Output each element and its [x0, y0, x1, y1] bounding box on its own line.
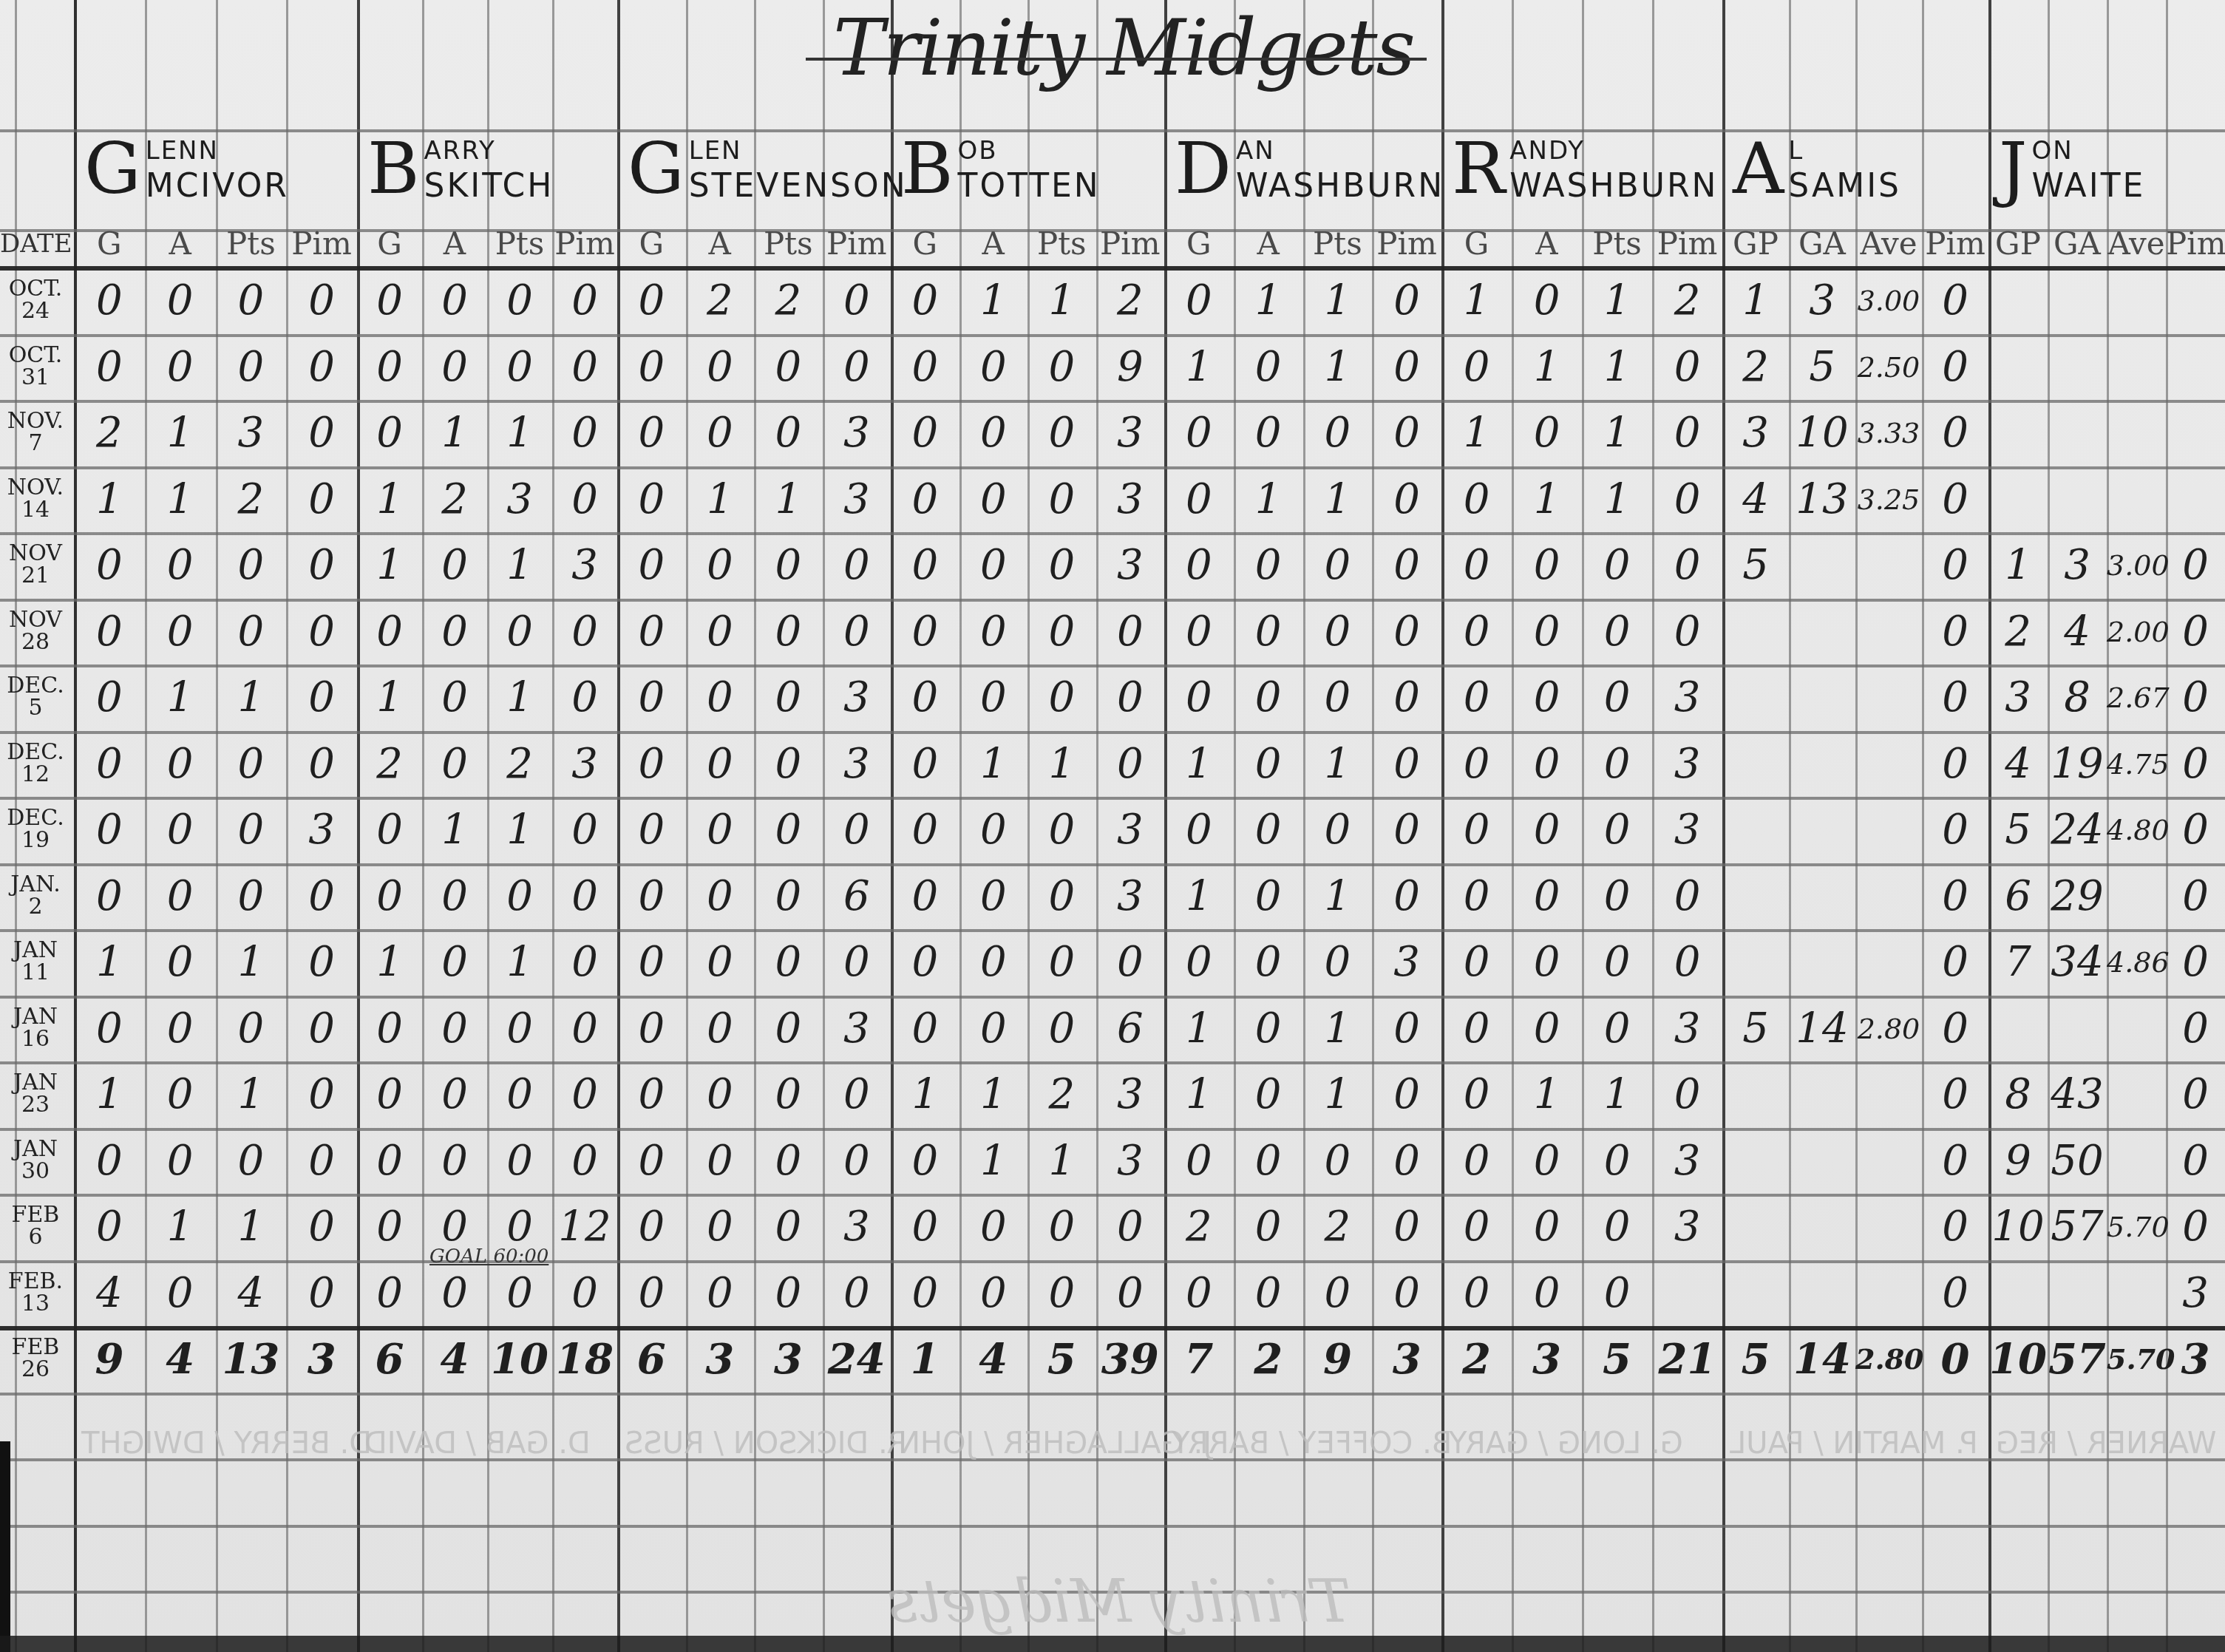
page-edge-shadow — [0, 1441, 10, 1652]
stat-cell: 0 — [1582, 996, 1652, 1062]
stat-cell: 0 — [2166, 731, 2225, 798]
stat-cell: 0 — [286, 1260, 357, 1327]
stat-cell: 0 — [2166, 863, 2225, 930]
season-total-cell: 2 — [1234, 1326, 1303, 1393]
stat-cell: 0 — [1027, 400, 1096, 466]
stat-cell: 1 — [1722, 268, 1789, 334]
stat-cell: 0 — [216, 334, 287, 401]
stat-cell: 0 — [357, 268, 422, 334]
stat-header: Ave — [2107, 222, 2166, 266]
stat-header: Pts — [487, 222, 552, 266]
stat-cell: 1 — [959, 268, 1028, 334]
stat-cell: 0 — [357, 334, 422, 401]
grid-horizontal-line — [0, 1525, 2225, 1528]
date-day: 23 — [0, 1094, 71, 1116]
stat-cell: 3 — [1096, 532, 1165, 599]
date-label: NOV.14 — [0, 477, 71, 521]
stat-cell: 0 — [1234, 1128, 1303, 1194]
date-day: 2 — [0, 896, 71, 918]
stat-header: Pim — [552, 222, 617, 266]
grid-horizontal-line — [0, 1393, 2225, 1396]
stat-header: G — [74, 222, 145, 266]
stat-cell: 0 — [286, 996, 357, 1062]
stat-cell: 0 — [2166, 797, 2225, 863]
stat-cell: 3 — [1652, 1128, 1722, 1194]
stat-cell: 0 — [1582, 797, 1652, 863]
stat-cell: 0 — [1582, 1260, 1652, 1327]
stat-cell: 1 — [1303, 334, 1373, 401]
stat-cell: 2.00 — [2107, 599, 2166, 665]
stat-cell: 0 — [1096, 664, 1165, 731]
stat-cell: 0 — [959, 334, 1028, 401]
stat-cell: 0 — [1303, 1260, 1373, 1327]
date-label: OCT.24 — [0, 278, 71, 322]
stat-cell: 0 — [1027, 797, 1096, 863]
stat-cell: 0 — [754, 1194, 823, 1260]
season-total-cell: 21 — [1652, 1326, 1722, 1393]
date-column-header: DATE — [0, 222, 71, 266]
stat-header: Pts — [1582, 222, 1652, 266]
stat-cell: 3 — [1096, 1128, 1165, 1194]
stat-cell: 0 — [1164, 268, 1234, 334]
stat-header: GA — [1789, 222, 1855, 266]
stat-cell: 0 — [487, 1128, 552, 1194]
stat-cell: 3 — [2048, 532, 2107, 599]
stat-cell: 1 — [74, 929, 145, 996]
date-label: JAN23 — [0, 1072, 71, 1116]
date-label: JAN30 — [0, 1138, 71, 1183]
stat-cell: 9 — [1988, 1128, 2048, 1194]
stat-cell: 3 — [1652, 731, 1722, 798]
stat-cell: 0 — [1164, 1128, 1234, 1194]
stat-header: Pts — [216, 222, 287, 266]
stat-cell: 0 — [1582, 664, 1652, 731]
stat-cell: 0 — [2166, 996, 2225, 1062]
stat-cell: 0 — [145, 929, 216, 996]
stat-cell: 0 — [891, 996, 959, 1062]
stat-cell: 0 — [1512, 863, 1582, 930]
stat-cell: 0 — [1652, 1061, 1722, 1128]
ghost-name: B. COFFEY / BARRY — [1172, 1427, 1452, 1461]
stat-cell: 0 — [1372, 731, 1441, 798]
season-total-cell: 6 — [617, 1326, 686, 1393]
season-total-cell: 3 — [686, 1326, 755, 1393]
stat-cell: 2 — [1988, 599, 2048, 665]
stat-cell: 3 — [1372, 929, 1441, 996]
stat-cell: 0 — [422, 664, 487, 731]
stat-cell: 4 — [74, 1260, 145, 1327]
stat-header: Pts — [1027, 222, 1096, 266]
stat-cell: 0 — [1512, 664, 1582, 731]
stat-cell: 0 — [357, 1061, 422, 1128]
stat-cell: 3 — [1652, 797, 1722, 863]
player-name-washburn: DANWASHBURN — [1175, 133, 1383, 207]
stat-header: A — [422, 222, 487, 266]
stat-cell: 0 — [1372, 664, 1441, 731]
date-day: 5 — [0, 697, 71, 719]
stat-cell: 0 — [959, 797, 1028, 863]
stat-cell: 1 — [422, 400, 487, 466]
stat-cell: 2 — [357, 731, 422, 798]
date-month: DEC. — [0, 807, 71, 829]
stat-cell: 0 — [487, 599, 552, 665]
name-initial: B — [901, 133, 954, 204]
stat-cell: 0 — [617, 1128, 686, 1194]
stat-cell: 0 — [286, 268, 357, 334]
stat-cell: 1 — [74, 1061, 145, 1128]
stat-cell: 0 — [617, 996, 686, 1062]
stat-header: G — [617, 222, 686, 266]
stat-cell: 0 — [754, 996, 823, 1062]
stat-cell: 2.50 — [1855, 334, 1922, 401]
stat-cell: 0 — [357, 599, 422, 665]
stat-cell: 0 — [145, 532, 216, 599]
stat-cell: 0 — [422, 731, 487, 798]
stat-cell: 12 — [552, 1194, 617, 1260]
stat-cell: 0 — [1234, 731, 1303, 798]
stat-cell: 0 — [357, 863, 422, 930]
date-label: DEC.5 — [0, 675, 71, 719]
stat-cell: 0 — [1164, 1260, 1234, 1327]
stat-cell: 0 — [74, 996, 145, 1062]
stat-cell: 0 — [1441, 334, 1512, 401]
season-total-cell: 5 — [1582, 1326, 1652, 1393]
stat-cell: 1 — [1988, 532, 2048, 599]
season-total-cell: 4 — [959, 1326, 1028, 1393]
stat-cell: 1 — [686, 466, 755, 533]
stat-cell: 0 — [823, 532, 891, 599]
player-name-samis: ALSAMIS — [1733, 133, 1846, 207]
stat-cell: 3 — [1988, 664, 2048, 731]
stat-cell: 0 — [1582, 1194, 1652, 1260]
stat-cell: 0 — [1027, 664, 1096, 731]
name-initial: J — [1999, 133, 2027, 204]
stat-cell: 0 — [1922, 664, 1988, 731]
stat-cell: 0 — [1922, 1194, 1988, 1260]
stat-header: Pim — [823, 222, 891, 266]
stat-cell: 1 — [959, 1061, 1028, 1128]
season-total-cell: 39 — [1096, 1326, 1165, 1393]
stat-cell: 0 — [686, 1128, 755, 1194]
stat-cell: 0 — [422, 599, 487, 665]
stat-cell: 3 — [286, 797, 357, 863]
stat-cell: 0 — [145, 863, 216, 930]
stat-cell: 0 — [74, 863, 145, 930]
stat-cell: 0 — [754, 1128, 823, 1194]
stat-cell: 0 — [1096, 1260, 1165, 1327]
stat-header: GA — [2048, 222, 2107, 266]
stat-header: Pim — [1372, 222, 1441, 266]
stat-header: G — [891, 222, 959, 266]
season-total-cell: 3 — [1512, 1326, 1582, 1393]
stat-cell: 10 — [1988, 1194, 2048, 1260]
stat-cell: 0 — [1512, 599, 1582, 665]
stat-cell: 0 — [1372, 1061, 1441, 1128]
date-label: NOV21 — [0, 543, 71, 587]
stat-cell: 0 — [1096, 731, 1165, 798]
stat-cell: 0 — [1582, 1128, 1652, 1194]
stat-cell: 0 — [74, 532, 145, 599]
stat-cell: 2 — [1027, 1061, 1096, 1128]
stat-cell: 0 — [1441, 664, 1512, 731]
stat-cell: 1 — [1164, 731, 1234, 798]
date-day: 13 — [0, 1293, 71, 1315]
stat-cell: 0 — [216, 532, 287, 599]
stat-cell: 0 — [74, 334, 145, 401]
stat-cell: 0 — [1372, 797, 1441, 863]
stat-cell: 0 — [891, 797, 959, 863]
stat-cell: 0 — [1234, 664, 1303, 731]
stat-cell: 1 — [216, 664, 287, 731]
stat-cell: 0 — [686, 334, 755, 401]
stat-cell: 0 — [2166, 532, 2225, 599]
stat-cell: 0 — [552, 996, 617, 1062]
stat-cell: 0 — [1922, 1128, 1988, 1194]
season-total-cell: 10 — [487, 1326, 552, 1393]
date-month: NOV — [0, 543, 71, 565]
season-total-cell: 5 — [1722, 1326, 1789, 1393]
stat-cell: 0 — [686, 664, 755, 731]
stat-cell: 0 — [617, 863, 686, 930]
stat-cell: 0 — [1441, 1128, 1512, 1194]
name-initial: R — [1452, 133, 1505, 204]
stat-cell: 0 — [1303, 599, 1373, 665]
stat-cell: 57 — [2048, 1194, 2107, 1260]
stat-cell: 0 — [891, 929, 959, 996]
date-month: OCT. — [0, 278, 71, 300]
stat-cell: 0 — [1234, 1061, 1303, 1128]
stat-cell: 0 — [686, 400, 755, 466]
stat-cell: 4 — [1722, 466, 1789, 533]
player-name-stevenson: GLENSTEVENSON — [628, 133, 846, 207]
stat-cell: 0 — [552, 1128, 617, 1194]
date-label: NOV.7 — [0, 410, 71, 455]
season-total-cell: 3 — [2166, 1326, 2225, 1393]
stat-cell: 1 — [487, 929, 552, 996]
stat-cell: 3 — [823, 996, 891, 1062]
season-total-cell: 5.70 — [2107, 1326, 2166, 1393]
stat-header: A — [959, 222, 1028, 266]
stat-cell: 0 — [1441, 929, 1512, 996]
stat-header: Pim — [1922, 222, 1988, 266]
stat-cell: 0 — [145, 334, 216, 401]
stat-cell: 0 — [552, 599, 617, 665]
stat-cell: 0 — [1441, 1260, 1512, 1327]
stat-header: GP — [1722, 222, 1789, 266]
date-month: JAN — [0, 1006, 71, 1028]
stat-cell: 0 — [754, 929, 823, 996]
stat-cell: 0 — [1922, 1260, 1988, 1327]
stat-cell: 0 — [357, 400, 422, 466]
player-name-totten: BOBTOTTEN — [901, 133, 1044, 207]
stat-cell: 9 — [1096, 334, 1165, 401]
date-day: 21 — [0, 565, 71, 587]
stat-cell: 0 — [74, 268, 145, 334]
stat-cell: 0 — [1027, 929, 1096, 996]
stat-cell: 0 — [1303, 532, 1373, 599]
stat-cell: 3 — [2166, 1260, 2225, 1327]
stat-cell: 0 — [1164, 664, 1234, 731]
stat-cell: 2 — [422, 466, 487, 533]
stat-cell: 0 — [686, 996, 755, 1062]
stat-header: Ave — [1855, 222, 1922, 266]
stat-cell: 4.80 — [2107, 797, 2166, 863]
stat-cell: 3 — [216, 400, 287, 466]
stat-cell: 0 — [1303, 400, 1373, 466]
season-total-cell: 3 — [1372, 1326, 1441, 1393]
stat-cell: 0 — [145, 731, 216, 798]
stat-header: G — [357, 222, 422, 266]
stat-cell: 0 — [823, 1260, 891, 1327]
stat-cell: 1 — [1303, 466, 1373, 533]
stat-cell: 0 — [1027, 334, 1096, 401]
stat-cell: 1 — [1582, 466, 1652, 533]
date-month: FEB — [0, 1336, 71, 1359]
stat-cell: 0 — [552, 1260, 617, 1327]
stat-cell: 3.00 — [1855, 268, 1922, 334]
stat-cell: 0 — [216, 268, 287, 334]
stat-cell: 0 — [357, 1260, 422, 1327]
stat-cell: 1 — [1582, 268, 1652, 334]
stat-cell: 0 — [1441, 532, 1512, 599]
stat-cell: 0 — [1512, 797, 1582, 863]
stat-cell: 29 — [2048, 863, 2107, 930]
stat-cell: 1 — [145, 1194, 216, 1260]
stat-cell: 2 — [1096, 268, 1165, 334]
stat-header: G — [1164, 222, 1234, 266]
stat-cell: 0 — [422, 1061, 487, 1128]
stat-cell: 0 — [422, 532, 487, 599]
stat-cell: 0 — [145, 1061, 216, 1128]
stat-cell: 0 — [74, 664, 145, 731]
stat-cell: 2.67 — [2107, 664, 2166, 731]
stat-cell: 0 — [145, 797, 216, 863]
stat-cell: 3.00 — [2107, 532, 2166, 599]
stat-cell: 0 — [959, 664, 1028, 731]
season-total-cell: 3 — [286, 1326, 357, 1393]
stat-cell: 0 — [959, 1194, 1028, 1260]
stat-cell: 0 — [1441, 1061, 1512, 1128]
stat-cell: 0 — [145, 1260, 216, 1327]
stat-cell: 24 — [2048, 797, 2107, 863]
stat-cell: 3.25 — [1855, 466, 1922, 533]
stat-cell: 0 — [1922, 268, 1988, 334]
season-total-cell: 6 — [357, 1326, 422, 1393]
date-month: JAN — [0, 1072, 71, 1094]
stat-header: Pim — [1096, 222, 1165, 266]
ghost-name: D. BERRY / DWIGHT — [81, 1427, 372, 1461]
stat-cell: 0 — [422, 863, 487, 930]
stat-cell: 0 — [823, 599, 891, 665]
stat-cell: 0 — [1372, 466, 1441, 533]
season-total-cell: 1 — [891, 1326, 959, 1393]
stat-cell: 0 — [959, 929, 1028, 996]
stat-cell: 0 — [754, 599, 823, 665]
stat-cell: 3 — [1096, 863, 1165, 930]
season-total-cell: 7 — [1164, 1326, 1234, 1393]
stat-cell: 0 — [1164, 466, 1234, 533]
stat-cell: 3 — [552, 532, 617, 599]
name-initial: G — [628, 133, 685, 204]
date-day: 30 — [0, 1160, 71, 1183]
stat-cell: 1 — [422, 797, 487, 863]
stat-cell: 0 — [1234, 599, 1303, 665]
stat-cell: 0 — [552, 929, 617, 996]
stat-cell: 0 — [617, 797, 686, 863]
stat-cell: 3 — [1096, 400, 1165, 466]
stat-cell: 0 — [286, 929, 357, 996]
stat-cell: 0 — [686, 1260, 755, 1327]
stat-cell: 0 — [1512, 1194, 1582, 1260]
stat-cell: 0 — [686, 599, 755, 665]
stat-cell: 0 — [1303, 929, 1373, 996]
stat-cell: 0 — [422, 996, 487, 1062]
stat-cell: 0 — [891, 863, 959, 930]
season-total-cell: 14 — [1789, 1326, 1855, 1393]
stat-cell: 1 — [74, 466, 145, 533]
stat-cell: 1 — [1027, 268, 1096, 334]
player-name-waite: JONWAITE — [1999, 133, 2113, 207]
date-label: JAN16 — [0, 1006, 71, 1050]
stat-cell: 0 — [216, 1128, 287, 1194]
stat-cell: 0 — [216, 797, 287, 863]
stat-cell: 1 — [145, 664, 216, 731]
stat-cell: 0 — [754, 664, 823, 731]
stat-cell: 0 — [1652, 532, 1722, 599]
stat-cell: 0 — [1922, 466, 1988, 533]
date-label: DEC.19 — [0, 807, 71, 852]
ghost-name: J. GALLAGHER / JOHN — [898, 1427, 1212, 1461]
stat-cell: 0 — [1372, 334, 1441, 401]
season-total-cell: 57 — [2048, 1326, 2107, 1393]
title-underline — [806, 58, 1427, 61]
stat-cell: 0 — [686, 1194, 755, 1260]
date-label: FEB6 — [0, 1204, 71, 1248]
stat-cell: 0 — [891, 334, 959, 401]
season-total-cell: 3 — [754, 1326, 823, 1393]
date-day: 24 — [0, 300, 71, 322]
date-day: 14 — [0, 499, 71, 521]
stat-cell: 0 — [1027, 599, 1096, 665]
stat-cell: 0 — [145, 996, 216, 1062]
stat-cell: 0 — [2166, 599, 2225, 665]
season-total-cell: 9 — [1303, 1326, 1373, 1393]
date-day: 16 — [0, 1028, 71, 1050]
date-month: FEB — [0, 1204, 71, 1226]
stat-cell: 0 — [1234, 996, 1303, 1062]
stat-cell: 0 — [552, 797, 617, 863]
stat-cell: 0 — [357, 996, 422, 1062]
stat-cell: 0 — [959, 863, 1028, 930]
stat-cell: 3 — [1652, 1194, 1722, 1260]
stat-cell: 0 — [2166, 1194, 2225, 1260]
stat-cell: 1 — [1234, 268, 1303, 334]
stat-cell: 0 — [552, 863, 617, 930]
date-month: DEC. — [0, 675, 71, 697]
stat-cell: 0 — [552, 268, 617, 334]
stat-cell: 0 — [286, 1061, 357, 1128]
stat-cell: 0 — [422, 268, 487, 334]
stat-cell: 0 — [959, 532, 1028, 599]
stat-cell: 0 — [1027, 996, 1096, 1062]
ghost-name: P. MARTIN / PAUL — [1730, 1427, 1978, 1461]
stat-cell: 0 — [216, 863, 287, 930]
notebook-binding — [0, 1636, 2225, 1652]
stat-cell: 0 — [357, 797, 422, 863]
stat-cell: 0 — [422, 1260, 487, 1327]
stat-header: Pts — [1303, 222, 1373, 266]
stat-cell: 0 — [1303, 797, 1373, 863]
